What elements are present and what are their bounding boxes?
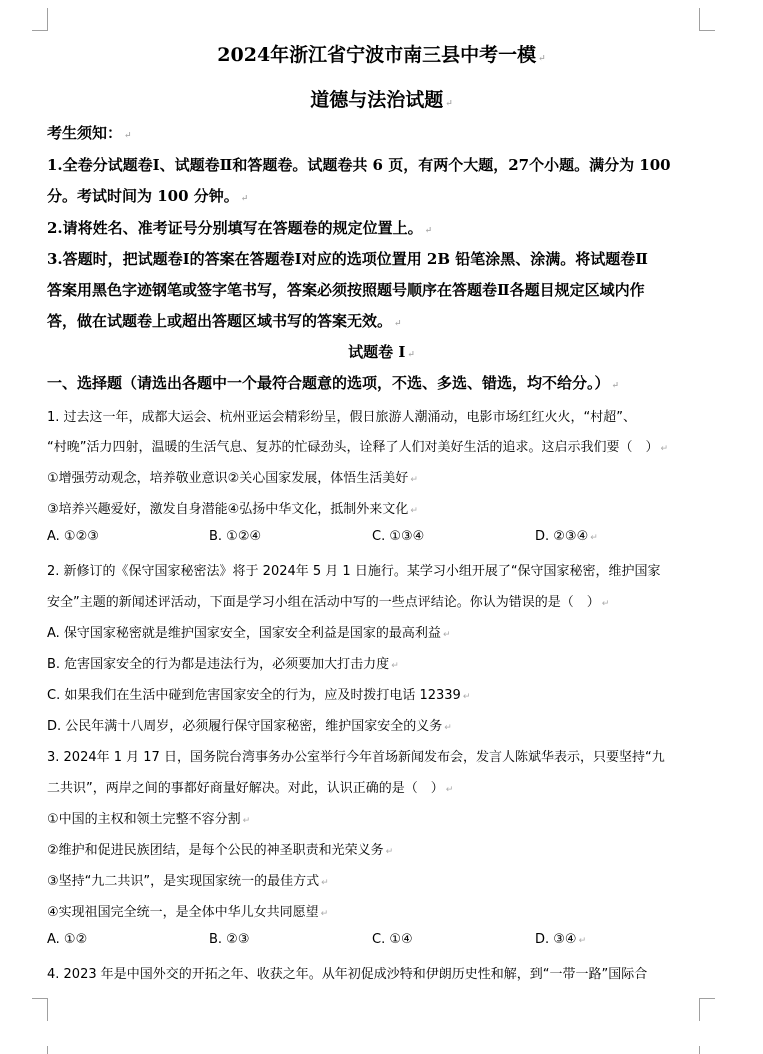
notice-item-1b: 分。考试时间为 100 分钟。↵ xyxy=(47,185,248,206)
paragraph-mark: ↵ xyxy=(410,475,418,485)
question-3-option-a: A. ①② xyxy=(47,932,87,947)
question-1-option-d: D. ②③④↵ xyxy=(535,529,598,544)
notice-item-3c: 答，做在试题卷上或超出答题区域书写的答案无效。↵ xyxy=(47,310,402,331)
statement-text: ②维护和促进民族团结，是每个公民的神圣职责和光荣义务 xyxy=(47,843,384,858)
statement-text: ④实现祖国完全统一，是全体中华儿女共同愿望 xyxy=(47,905,319,920)
statement-text: ①增强劳动观念，培养敬业意识②关心国家发展，体悟生活美好 xyxy=(47,471,408,486)
question-3-option-d: D. ③④↵ xyxy=(535,932,586,947)
section-heading: 一、选择题（请选出各题中一个最符合题意的选项，不选、多选、错选，均不给分。）↵ xyxy=(47,372,619,393)
question-3-option-b: B. ②③ xyxy=(209,932,250,947)
question-2-option-c: C. 如果我们在生活中碰到危害国家安全的行为，应及时拨打电话 12339↵ xyxy=(47,684,470,703)
question-1-stem-line-1: 1. 过去这一年，成都大运会、杭州亚运会精彩纷呈，假日旅游人潮涌动，电影市场红红… xyxy=(47,406,636,425)
paragraph-mark: ↵ xyxy=(612,381,620,391)
question-4-stem-line-1: 4. 2023 年是中国外交的开拓之年、收获之年。从年初促成沙特和伊朗历史性和解… xyxy=(47,963,647,982)
question-3-statement-2: ②维护和促进民族团结，是每个公民的神圣职责和光荣义务↵ xyxy=(47,839,393,858)
statement-text: ③培养兴趣爱好，激发自身潜能④弘扬中华文化，抵制外来文化 xyxy=(47,502,408,517)
stem-text: 二共识”，两岸之间的事都好商量好解决。对此，认识正确的是（ ） xyxy=(47,781,444,796)
paragraph-mark: ↵ xyxy=(243,816,251,826)
question-1-stem-line-2: “村晚”活力四射，温暖的生活气息、复苏的忙碌劲头，诠释了人们对美好生活的追求。这… xyxy=(47,436,668,455)
notice-item-3a: 3.答题时，把试题卷Ⅰ的答案在答题卷Ⅰ对应的选项位置用 2B 铅笔涂黑、涂满。将… xyxy=(47,248,648,269)
question-3-stem-line-2: 二共识”，两岸之间的事都好商量好解决。对此，认识正确的是（ ）↵ xyxy=(47,777,453,796)
question-3-statement-4: ④实现祖国完全统一，是全体中华儿女共同愿望↵ xyxy=(47,901,328,920)
paragraph-mark: ↵ xyxy=(463,692,471,702)
notice-item-text: 2.请将姓名、准考证号分别填写在答题卷的规定位置上。 xyxy=(47,219,423,237)
question-3-statement-1: ①中国的主权和领土完整不容分割↵ xyxy=(47,808,250,827)
paragraph-mark: ↵ xyxy=(410,506,418,516)
paragraph-mark: ↵ xyxy=(241,194,249,204)
paragraph-mark: ↵ xyxy=(538,54,546,64)
question-1-option-c: C. ①③④ xyxy=(372,529,424,544)
paragraph-mark: ↵ xyxy=(124,131,132,141)
notice-item-1a: 1.全卷分试题卷Ⅰ、试题卷Ⅱ和答题卷。试题卷共 6 页，有两个大题，27个小题。… xyxy=(47,154,671,175)
paragraph-mark: ↵ xyxy=(590,533,598,543)
crop-tick-bottom-right xyxy=(699,1046,700,1054)
question-2-option-b: B. 危害国家安全的行为都是违法行为，必须要加大打击力度↵ xyxy=(47,653,399,672)
question-2-option-a: A. 保守国家秘密就是维护国家安全，国家安全利益是国家的最高利益↵ xyxy=(47,622,450,641)
paragraph-mark: ↵ xyxy=(321,909,329,919)
document-subtitle: 道德与法治试题↵ xyxy=(0,85,763,112)
option-text: D. 公民年满十八周岁，必须履行保守国家秘密，维护国家安全的义务 xyxy=(47,719,442,734)
question-3-stem-line-1: 3. 2024年 1 月 17 日，国务院台湾事务办公室举行今年首场新闻发布会，… xyxy=(47,746,665,765)
paragraph-mark: ↵ xyxy=(407,350,415,360)
option-text: D. ②③④ xyxy=(535,529,588,544)
stem-text: “村晚”活力四射，温暖的生活气息、复苏的忙碌劲头，诠释了人们对美好生活的追求。这… xyxy=(47,440,658,455)
crop-mark-bottom-left xyxy=(32,998,48,1021)
paper-label-text: 试题卷 I xyxy=(348,343,405,361)
paragraph-mark: ↵ xyxy=(321,878,329,888)
option-text: B. 危害国家安全的行为都是违法行为，必须要加大打击力度 xyxy=(47,657,389,672)
paragraph-mark: ↵ xyxy=(444,723,452,733)
question-1-option-a: A. ①②③ xyxy=(47,529,99,544)
question-3-option-c: C. ①④ xyxy=(372,932,413,947)
notice-heading: 考生须知：↵ xyxy=(47,122,132,143)
document-subtitle-text: 道德与法治试题 xyxy=(310,89,443,111)
crop-mark-top-right xyxy=(699,8,715,31)
question-2-option-d: D. 公民年满十八周岁，必须履行保守国家秘密，维护国家安全的义务↵ xyxy=(47,715,452,734)
option-text: D. ③④ xyxy=(535,932,577,947)
statement-text: ①中国的主权和领土完整不容分割 xyxy=(47,812,241,827)
option-text: C. 如果我们在生活中碰到危害国家安全的行为，应及时拨打电话 12339 xyxy=(47,688,461,703)
paper-label: 试题卷 I↵ xyxy=(0,341,763,362)
paragraph-mark: ↵ xyxy=(391,661,399,671)
crop-tick-bottom-left xyxy=(47,1046,48,1054)
paragraph-mark: ↵ xyxy=(445,99,453,109)
question-2-stem-line-1: 2. 新修订的《保守国家秘密法》将于 2024年 5 月 1 日施行。某学习小组… xyxy=(47,560,661,579)
stem-text: 安全”主题的新闻述评活动，下面是学习小组在活动中写的一些点评结论。你认为错误的是… xyxy=(47,595,600,610)
paragraph-mark: ↵ xyxy=(386,847,394,857)
paragraph-mark: ↵ xyxy=(425,226,433,236)
paragraph-mark: ↵ xyxy=(443,630,451,640)
notice-item-3b: 答案用黑色字迹钢笔或签字笔书写，答案必须按照题号顺序在答题卷Ⅱ各题目规定区域内作 xyxy=(47,279,645,300)
crop-mark-bottom-right xyxy=(699,998,715,1021)
notice-item-text: 分。考试时间为 100 分钟。 xyxy=(47,187,239,205)
paragraph-mark: ↵ xyxy=(660,444,668,454)
option-text: A. 保守国家秘密就是维护国家安全，国家安全利益是国家的最高利益 xyxy=(47,626,441,641)
question-1-statement-1: ①增强劳动观念，培养敬业意识②关心国家发展，体悟生活美好↵ xyxy=(47,467,418,486)
section-heading-text: 一、选择题（请选出各题中一个最符合题意的选项，不选、多选、错选，均不给分。） xyxy=(47,374,610,392)
question-3-statement-3: ③坚持“九二共识”，是实现国家统一的最佳方式↵ xyxy=(47,870,329,889)
question-1-statement-2: ③培养兴趣爱好，激发自身潜能④弘扬中华文化，抵制外来文化↵ xyxy=(47,498,418,517)
crop-mark-top-left xyxy=(32,8,48,31)
notice-heading-text: 考生须知： xyxy=(47,124,122,142)
notice-item-2: 2.请将姓名、准考证号分别填写在答题卷的规定位置上。↵ xyxy=(47,217,432,238)
notice-item-text: 答，做在试题卷上或超出答题区域书写的答案无效。 xyxy=(47,312,392,330)
document-title: 2024年浙江省宁波市南三县中考一模↵ xyxy=(0,40,763,67)
question-2-stem-line-2: 安全”主题的新闻述评活动，下面是学习小组在活动中写的一些点评结论。你认为错误的是… xyxy=(47,591,609,610)
question-1-option-b: B. ①②④ xyxy=(209,529,261,544)
document-title-text: 2024年浙江省宁波市南三县中考一模 xyxy=(217,44,536,66)
paragraph-mark: ↵ xyxy=(579,936,587,946)
paragraph-mark: ↵ xyxy=(446,785,454,795)
paragraph-mark: ↵ xyxy=(394,319,402,329)
statement-text: ③坚持“九二共识”，是实现国家统一的最佳方式 xyxy=(47,874,319,889)
paragraph-mark: ↵ xyxy=(602,599,610,609)
